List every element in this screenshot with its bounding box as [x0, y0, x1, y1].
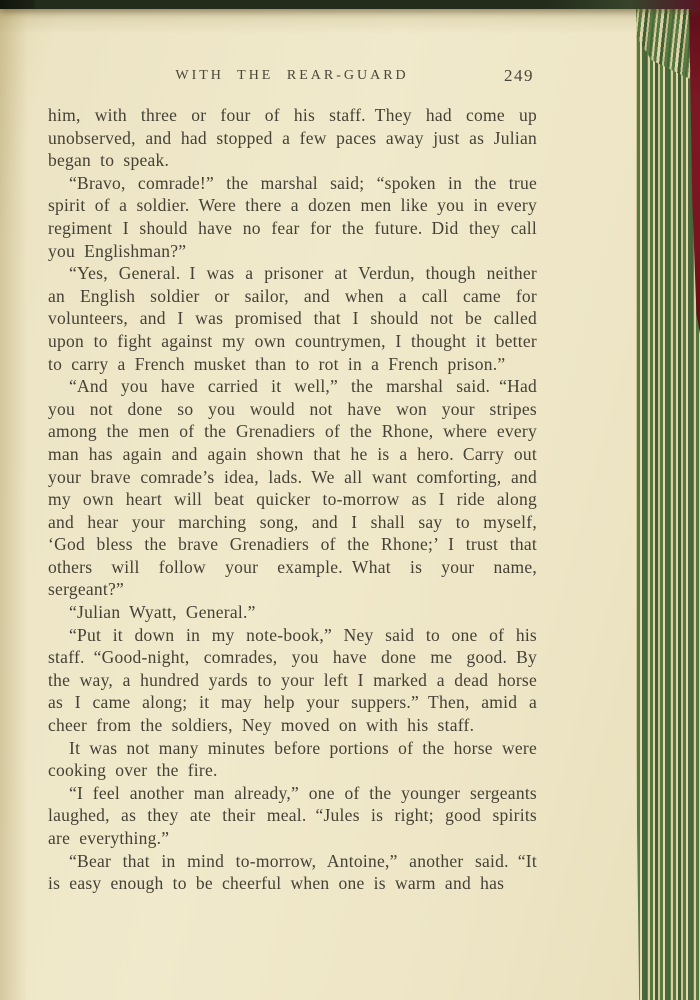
- paragraph: “Bear that in mind to-morrow, Antoine,” …: [48, 850, 537, 895]
- paragraph: “Yes, General. I was a prisoner at Verdu…: [48, 262, 537, 375]
- paragraph: “Bravo, comrade!” the marshal said; “spo…: [48, 172, 537, 262]
- page-number: 249: [504, 66, 534, 86]
- book-page: WITH THE REAR-GUARD 249 him, with three …: [0, 8, 636, 1000]
- paragraph: “And you have carried it well,” the mars…: [48, 375, 537, 601]
- paragraph: “I feel another man already,” one of the…: [48, 782, 537, 850]
- paragraph: “Julian Wyatt, General.”: [48, 601, 537, 624]
- scanned-book-photo: WITH THE REAR-GUARD 249 him, with three …: [0, 0, 700, 1000]
- running-header-title: WITH THE REAR-GUARD: [175, 68, 408, 84]
- paragraph: “Put it down in my note-book,” Ney said …: [48, 624, 537, 737]
- paragraph: him, with three or four of his staff. Th…: [48, 104, 537, 172]
- paragraph: It was not many minutes before portions …: [48, 737, 537, 782]
- page-body: him, with three or four of his staff. Th…: [48, 104, 537, 895]
- running-header: WITH THE REAR-GUARD 249: [48, 68, 536, 90]
- book-top-edge-shadow: [0, 0, 700, 9]
